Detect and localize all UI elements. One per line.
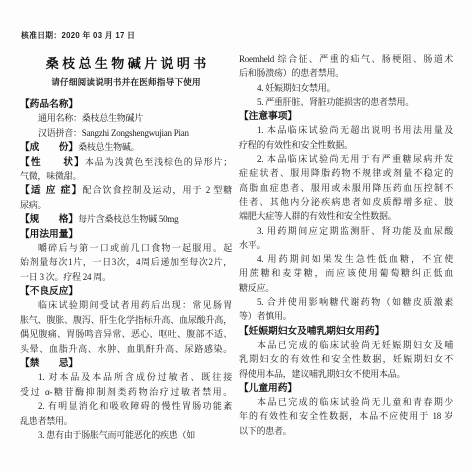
text-line: 佳者、其他内分泌疾病患者如皮质醇增多症、肢 — [239, 195, 453, 209]
line-text: 临床试验期间受试者用药后出现：常见肠胃 — [38, 300, 232, 310]
text-line: 4. 用药期间如果发生急性低血糖，不宜使 — [239, 252, 453, 266]
text-line: 一日 3 次。疗程 24 周。 — [20, 270, 232, 284]
text-line: 汉语拼音：Sangzhi Zongshengwujian Pian — [20, 126, 232, 140]
text-line: 尿病。 — [20, 198, 232, 212]
text-line: 偶见腹痛、胃肠鸣音异常、恶心、呕吐、腹部不适、 — [20, 327, 232, 341]
text-line: 【适 应 症】配合饮食控制及运动，用于 2 型糖 — [20, 183, 232, 197]
line-text: 用蔗糖和麦芽糖，而应该使用葡萄糖纠正低血 — [239, 268, 453, 278]
line-text: 头晕、血脂升高、水肿、血肌酐升高、尿路感染。 — [20, 344, 232, 354]
text-line: 1. 本品临床试验尚无超出说明书用法用量及 — [239, 123, 453, 137]
line-text: 乳期妇女的有效性和安全性数据，妊娠期妇女不 — [239, 354, 453, 364]
section-heading-line: 【用法用量】 — [20, 227, 232, 241]
section-heading: 【性 状】 — [20, 157, 85, 168]
line-text: 桑枝总生物碱。 — [78, 142, 139, 152]
section-heading: 【药品名称】 — [20, 99, 78, 110]
text-line: 受过 α-糖苷酶抑制剂类药物治疗过敏者禁用。 — [20, 385, 232, 399]
line-text: 佳者、其他内分泌疾病患者如皮质醇增多症、肢 — [239, 197, 453, 207]
text-line: 本品已完成的临床试验尚无儿童和青春期少 — [239, 395, 453, 409]
line-text: 本品为浅黄色至浅棕色的异形片； — [85, 157, 232, 167]
section-heading: 【适 应 症】 — [20, 185, 83, 196]
text-line: 4. 妊娠期妇女禁用。 — [239, 81, 453, 95]
line-text: 4. 用药期间如果发生急性低血糖，不宜使 — [257, 254, 453, 264]
text-line: 1. 对本品及本品所含成份过敏者、既往接 — [20, 370, 232, 384]
line-text: 后和肠溃疡）的患者禁用。 — [239, 68, 344, 78]
line-text: 本品已完成的临床试验尚无妊娠期妇女及哺 — [257, 340, 453, 350]
line-text: 5. 严重肝脏、肾脏功能损害的患者禁用。 — [257, 97, 414, 107]
text-line: 3. 用药期间应定期监测肝、肾功能及血尿酸 — [239, 224, 453, 238]
text-line: 高脂血症患者、服用或未服用降压药血压控制不 — [239, 181, 453, 195]
line-text: 配合饮食控制及运动，用于 2 型糖 — [83, 185, 232, 195]
section-heading-line: 【不良反应】 — [20, 284, 232, 298]
right-column: Roemheld 综合征、严重的疝气、肠梗阻、肠道术后和肠溃疡）的患者禁用。4.… — [239, 52, 453, 438]
line-text: 症症状者、服用降脂药物不规律或剂量不稳定的 — [239, 168, 453, 178]
line-text: 年的有效性和安全性数据，本品不应使用于 18 岁 — [239, 411, 453, 421]
text-line: 5. 合并使用影响糖代谢药物（如糖皮质激素 — [239, 295, 453, 309]
section-heading-line: 【儿童用药】 — [239, 381, 453, 395]
section-heading: 【不良反应】 — [20, 286, 78, 297]
line-text: 疗程的有效性和安全性数据。 — [239, 140, 353, 150]
text-line: 气微，味微甜。 — [20, 169, 232, 183]
text-line: 临床试验期间受试者用药后出现：常见肠胃 — [20, 298, 232, 312]
line-text: 5. 合并使用影响糖代谢药物（如糖皮质激素 — [257, 297, 453, 307]
line-text: 始剂量每次1片，一日3次，4周后递加至每次2片， — [20, 257, 232, 267]
text-line: 3. 患有由于肠胀气而可能恶化的疾患（如 — [20, 428, 232, 442]
text-line: 5. 严重肝脏、肾脏功能损害的患者禁用。 — [239, 95, 453, 109]
line-text: 本品已完成的临床试验尚无儿童和青春期少 — [257, 397, 453, 407]
line-text: 汉语拼音：Sangzhi Zongshengwujian Pian — [38, 128, 189, 138]
text-line: 通用名称：桑枝总生物碱片 — [20, 111, 232, 125]
text-line: 本品已完成的临床试验尚无妊娠期妇女及哺 — [239, 338, 453, 352]
line-text: 胀气、腹胀、腹泻、肝生化学指标升高、血尿酸升高， — [20, 315, 232, 325]
section-heading: 【儿童用药】 — [239, 383, 297, 394]
line-text: 1. 本品临床试验尚无超出说明书用法用量及 — [257, 125, 453, 135]
line-text: 1. 对本品及本品所含成份过敏者、既往接 — [38, 372, 232, 382]
line-text: 乱患者禁用。 — [20, 416, 73, 426]
document-subtitle: 请仔细阅读说明书并在医师指导下使用 — [20, 76, 232, 88]
text-line: 疗程的有效性和安全性数据。 — [239, 138, 453, 152]
text-line: 得使用本品，建议哺乳期妇女不使用本品。 — [239, 367, 453, 381]
line-text: 3. 患有由于肠胀气而可能恶化的疾患（如 — [38, 430, 195, 440]
section-heading: 【成 份】 — [20, 142, 78, 153]
approval-date: 核准日期：2020 年 03 月 17 日 — [21, 30, 135, 41]
section-heading: 【禁 忌】 — [20, 358, 78, 369]
line-text: 2. 有明显消化和吸收障碍的慢性胃肠功能紊 — [38, 401, 232, 411]
text-line: 嚼碎后与第一口或前几口食物一起服用。起 — [20, 241, 232, 255]
section-heading-line: 【妊娠期妇女及哺乳期妇女用药】 — [239, 324, 453, 338]
line-text: 3. 用药期间应定期监测肝、肾功能及血尿酸 — [257, 226, 453, 236]
section-heading: 【妊娠期妇女及哺乳期妇女用药】 — [239, 326, 384, 337]
text-line: 等）者慎用。 — [239, 309, 453, 323]
text-line: 水平。 — [239, 238, 453, 252]
line-text: 每片含桑枝总生物碱 50mg — [78, 214, 178, 224]
section-heading-line: 【药品名称】 — [20, 97, 232, 111]
text-line: 症症状者、服用降脂药物不规律或剂量不稳定的 — [239, 166, 453, 180]
section-heading-line: 【禁 忌】 — [20, 356, 232, 370]
line-text: 以下的患者。 — [239, 426, 292, 436]
text-line: 始剂量每次1片，一日3次，4周后递加至每次2片， — [20, 255, 232, 269]
line-text: 一日 3 次。疗程 24 周。 — [20, 272, 111, 282]
text-line: 后和肠溃疡）的患者禁用。 — [239, 66, 453, 80]
text-line: 糖反应。 — [239, 281, 453, 295]
section-heading-line: 【注意事项】 — [239, 109, 453, 123]
line-text: 气微，味微甜。 — [20, 171, 81, 181]
text-line: 以下的患者。 — [239, 424, 453, 438]
line-text: 糖反应。 — [239, 283, 274, 293]
text-line: 用蔗糖和麦芽糖，而应该使用葡萄糖纠正低血 — [239, 266, 453, 280]
line-text: 高脂血症患者、服用或未服用降压药血压控制不 — [239, 183, 453, 193]
text-line: 端肥大症等人群的有效性和安全性数据。 — [239, 209, 453, 223]
text-line: 头晕、血脂升高、水肿、血肌酐升高、尿路感染。 — [20, 342, 232, 356]
text-line: 胀气、腹胀、腹泻、肝生化学指标升高、血尿酸升高， — [20, 313, 232, 327]
line-text: 偶见腹痛、胃肠鸣音异常、恶心、呕吐、腹部不适、 — [20, 329, 232, 339]
line-text: 尿病。 — [20, 200, 46, 210]
text-line: 乱患者禁用。 — [20, 414, 232, 428]
line-text: 嚼碎后与第一口或前几口食物一起服用。起 — [38, 243, 232, 253]
drug-leaflet-page: 核准日期：2020 年 03 月 17 日 桑枝总生物碱片说明书 请仔细阅读说明… — [0, 0, 472, 472]
text-line: 年的有效性和安全性数据，本品不应使用于 18 岁 — [239, 409, 453, 423]
document-title: 桑枝总生物碱片说明书 — [20, 53, 232, 72]
line-text: 等）者慎用。 — [239, 311, 292, 321]
line-text: 得使用本品，建议哺乳期妇女不使用本品。 — [239, 369, 405, 379]
section-heading: 【注意事项】 — [239, 111, 297, 122]
section-heading: 【用法用量】 — [20, 229, 78, 240]
line-text: 受过 α-糖苷酶抑制剂类药物治疗过敏者禁用。 — [20, 387, 232, 397]
text-line: 【成 份】桑枝总生物碱。 — [20, 140, 232, 154]
line-text: 4. 妊娠期妇女禁用。 — [257, 83, 335, 93]
line-text: 2. 本品临床试验尚无用于有严重糖尿病并发 — [257, 154, 453, 164]
section-heading: 【规 格】 — [20, 214, 78, 225]
line-text: 通用名称：桑枝总生物碱片 — [38, 113, 143, 123]
text-line: 【规 格】每片含桑枝总生物碱 50mg — [20, 212, 232, 226]
line-text: 水平。 — [239, 240, 265, 250]
line-text: 端肥大症等人群的有效性和安全性数据。 — [239, 211, 397, 221]
line-text: Roemheld 综合征、严重的疝气、肠梗阻、肠道术 — [239, 54, 453, 64]
text-line: 2. 有明显消化和吸收障碍的慢性胃肠功能紊 — [20, 399, 232, 413]
text-line: 2. 本品临床试验尚无用于有严重糖尿病并发 — [239, 152, 453, 166]
text-line: Roemheld 综合征、严重的疝气、肠梗阻、肠道术 — [239, 52, 453, 66]
text-line: 【性 状】本品为浅黄色至浅棕色的异形片； — [20, 155, 232, 169]
text-line: 乳期妇女的有效性和安全性数据，妊娠期妇女不 — [239, 352, 453, 366]
left-column: 【药品名称】通用名称：桑枝总生物碱片汉语拼音：Sangzhi Zongsheng… — [20, 97, 232, 442]
